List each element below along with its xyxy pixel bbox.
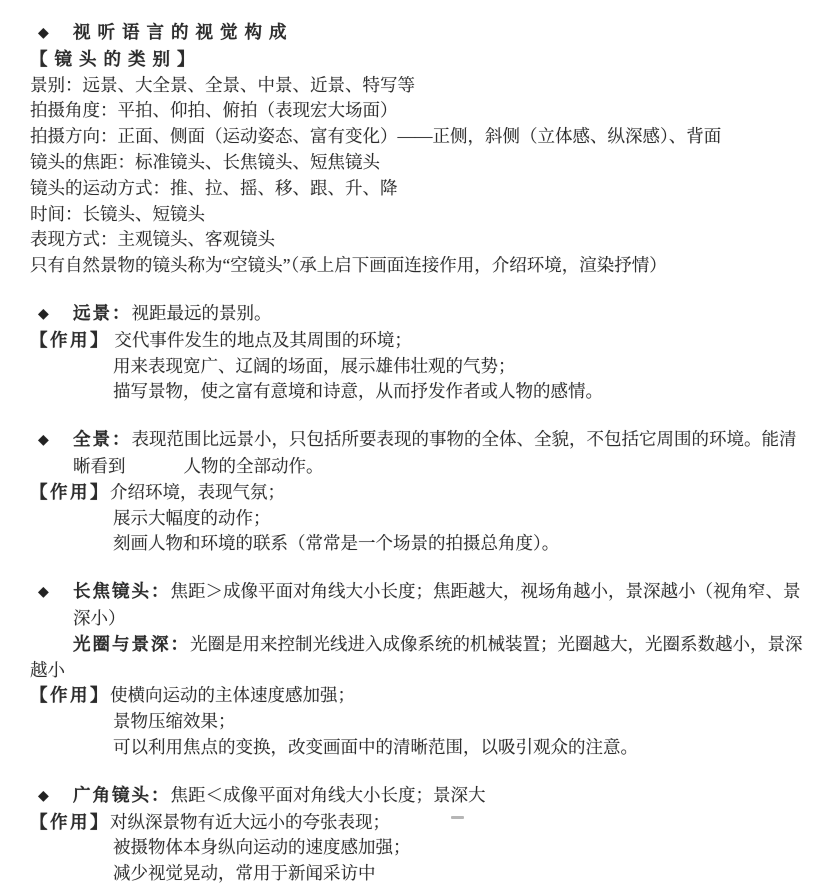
body-text: 深小） — [73, 608, 126, 628]
body-text: 景物压缩效果； — [113, 711, 236, 731]
text-line: ◆广角镜头：焦距＜成像平面对角线大小长度；景深大 — [30, 783, 804, 810]
body-text: 可以利用焦点的变换，改变画面中的清晰范围，以吸引观众的注意。 — [113, 737, 638, 757]
text-line: 表现方式：主观镜头、客观镜头 — [30, 227, 804, 253]
bold-text: 全景： — [73, 429, 132, 449]
bold-text: 【作用】 — [30, 482, 110, 502]
text-line: 【作用】 交代事件发生的地点及其周围的环境； — [30, 328, 804, 354]
body-text: 表现方式：主观镜头、客观镜头 — [30, 229, 275, 249]
text-line: 景物压缩效果； — [30, 709, 804, 735]
body-text: 交代事件发生的地点及其周围的环境； — [110, 330, 412, 350]
body-text: 人物的全部动作。 — [184, 456, 324, 476]
bold-text: 【镜头的类别】 — [30, 49, 202, 69]
body-text: 对纵深景物有近大远小的夸张表现； — [110, 812, 390, 832]
section-extreme-long-shot: ◆远景：视距最远的景别。【作用】 交代事件发生的地点及其周围的环境；用来表现宽广… — [30, 301, 804, 405]
text-line: 【镜头的类别】 — [30, 47, 804, 73]
bold-text: 视听语言的视觉构成 — [73, 22, 294, 42]
diamond-bullet-icon: ◆ — [38, 784, 73, 810]
document-body: ◆视听语言的视觉构成【镜头的类别】景别：远景、大全景、全景、中景、近景、特写等拍… — [0, 0, 818, 887]
bold-text: 【作用】 — [30, 812, 110, 832]
diamond-bullet-icon: ◆ — [38, 580, 73, 606]
body-text: 拍摄方向：正面、侧面（运动姿态、富有变化）——正侧，斜侧（立体感、纵深感）、背面 — [30, 126, 721, 146]
text-line: 镜头的焦距：标准镜头、长焦镜头、短焦镜头 — [30, 150, 804, 176]
smudge-mark — [451, 816, 464, 819]
text-line: 减少视觉晃动，常用于新闻采访中 — [30, 861, 804, 887]
text-line: 【作用】使横向运动的主体速度感加强； — [30, 683, 804, 709]
bold-text: 【作用】 — [30, 330, 110, 350]
body-text: 镜头的运动方式：推、拉、摇、移、跟、升、降 — [30, 178, 398, 198]
diamond-bullet-icon: ◆ — [38, 21, 73, 47]
body-text: 被摄物体本身纵向运动的速度感加强； — [113, 837, 411, 857]
bold-text: 光圈与景深： — [73, 634, 190, 654]
text-line: 被摄物体本身纵向运动的速度感加强； — [30, 835, 804, 861]
section-wide-angle-lens: ◆广角镜头：焦距＜成像平面对角线大小长度；景深大【作用】对纵深景物有近大远小的夸… — [30, 783, 804, 887]
bold-text: 长焦镜头： — [73, 581, 171, 601]
body-text: 晰看到 — [73, 456, 126, 476]
body-text: 视距最远的景别。 — [132, 303, 272, 323]
text-line: 展示大幅度的动作； — [30, 506, 804, 532]
text-line: ◆远景：视距最远的景别。 — [30, 301, 804, 328]
body-text: 刻画人物和环境的联系（常常是一个场景的拍摄总角度）。 — [113, 533, 559, 553]
body-text: 光圈是用来控制光线进入成像系统的机械装置；光圈越大，光圈系数越小，景深 — [190, 634, 803, 654]
body-text: 减少视觉晃动，常用于新闻采访中 — [113, 863, 376, 883]
body-text: 表现范围比远景小，只包括所要表现的事物的全体、全貌，不包括它周围的环境。能清 — [132, 429, 797, 449]
text-line: 拍摄角度：平拍、仰拍、俯拍（表现宏大场面） — [30, 98, 804, 124]
body-text: 介绍环境，表现气氛； — [110, 482, 285, 502]
text-line: 镜头的运动方式：推、拉、摇、移、跟、升、降 — [30, 176, 804, 202]
diamond-bullet-icon: ◆ — [38, 428, 73, 454]
body-text: 焦距＜成像平面对角线大小长度；景深大 — [171, 785, 486, 805]
text-line: 用来表现宽广、辽阔的场面，展示雄伟壮观的气势； — [30, 354, 804, 380]
text-line: 越小 — [30, 658, 804, 684]
text-line: ◆视听语言的视觉构成 — [30, 20, 804, 47]
page: ◆视听语言的视觉构成【镜头的类别】景别：远景、大全景、全景、中景、近景、特写等拍… — [0, 0, 818, 888]
bold-text: 广角镜头： — [73, 785, 171, 805]
body-text: 焦距＞成像平面对角线大小长度；焦距越大，视场角越小，景深越小（视角窄、景 — [171, 581, 801, 601]
text-line: ◆全景：表现范围比远景小，只包括所要表现的事物的全体、全貌，不包括它周围的环境。… — [30, 427, 804, 454]
body-text: 时间：长镜头、短镜头 — [30, 204, 205, 224]
text-line: 深小） — [30, 606, 804, 632]
text-line: ◆长焦镜头：焦距＞成像平面对角线大小长度；焦距越大，视场角越小，景深越小（视角窄… — [30, 579, 804, 606]
text-line: 晰看到人物的全部动作。 — [30, 454, 804, 480]
section-shot-categories: ◆视听语言的视觉构成【镜头的类别】景别：远景、大全景、全景、中景、近景、特写等拍… — [30, 20, 804, 279]
text-line: 拍摄方向：正面、侧面（运动姿态、富有变化）——正侧，斜侧（立体感、纵深感）、背面 — [30, 124, 804, 150]
body-text: 拍摄角度：平拍、仰拍、俯拍（表现宏大场面） — [30, 100, 398, 120]
body-text: 越小 — [30, 660, 65, 680]
body-text: 使横向运动的主体速度感加强； — [110, 685, 355, 705]
body-text: 展示大幅度的动作； — [113, 508, 271, 528]
text-line: 景别：远景、大全景、全景、中景、近景、特写等 — [30, 73, 804, 99]
diamond-bullet-icon: ◆ — [38, 302, 73, 328]
text-line: 时间：长镜头、短镜头 — [30, 202, 804, 228]
bold-text: 远景： — [73, 303, 132, 323]
body-text: 描写景物，使之富有意境和诗意，从而抒发作者或人物的感情。 — [113, 381, 603, 401]
text-line: 只有自然景物的镜头称为“空镜头”（承上启下画面连接作用，介绍环境，渲染抒情） — [30, 253, 804, 279]
text-line: 【作用】介绍环境，表现气氛； — [30, 480, 804, 506]
body-text: 景别：远景、大全景、全景、中景、近景、特写等 — [30, 75, 415, 95]
bold-text: 【作用】 — [30, 685, 110, 705]
text-line: 刻画人物和环境的联系（常常是一个场景的拍摄总角度）。 — [30, 531, 804, 557]
section-full-shot: ◆全景：表现范围比远景小，只包括所要表现的事物的全体、全貌，不包括它周围的环境。… — [30, 427, 804, 557]
body-text: 用来表现宽广、辽阔的场面，展示雄伟壮观的气势； — [113, 356, 516, 376]
text-line: 【作用】对纵深景物有近大远小的夸张表现； — [30, 810, 804, 836]
text-line: 可以利用焦点的变换，改变画面中的清晰范围，以吸引观众的注意。 — [30, 735, 804, 761]
text-line: 描写景物，使之富有意境和诗意，从而抒发作者或人物的感情。 — [30, 379, 804, 405]
section-telephoto-lens: ◆长焦镜头：焦距＞成像平面对角线大小长度；焦距越大，视场角越小，景深越小（视角窄… — [30, 579, 804, 761]
body-text: 镜头的焦距：标准镜头、长焦镜头、短焦镜头 — [30, 152, 380, 172]
body-text: 只有自然景物的镜头称为“空镜头”（承上启下画面连接作用，介绍环境，渲染抒情） — [30, 255, 667, 275]
text-line: 光圈与景深：光圈是用来控制光线进入成像系统的机械装置；光圈越大，光圈系数越小，景… — [30, 632, 804, 658]
